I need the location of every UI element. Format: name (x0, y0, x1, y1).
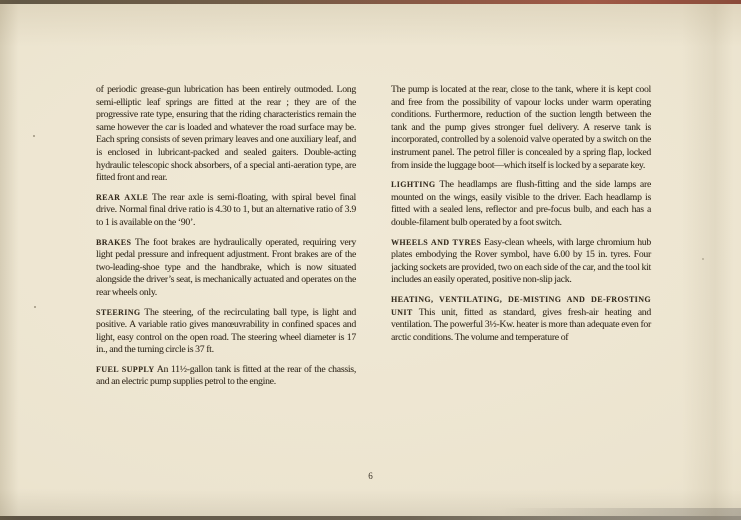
dust-speck (33, 135, 35, 137)
scanned-book-page: of periodic grease-gun lubrication has b… (0, 0, 741, 520)
paragraph-text: The foot brakes are hydraulically operat… (96, 237, 356, 298)
paragraph-fuel-supply: FUEL SUPPLY An 11½-gallon tank is fitted… (96, 364, 356, 389)
section-label-wheels-tyres: WHEELS AND TYRES (391, 238, 481, 247)
paragraph-rear-axle: REAR AXLE The rear axle is semi-floating… (96, 192, 356, 230)
paragraph-text: This unit, fitted as standard, gives fre… (391, 307, 651, 343)
paragraph-steering: STEERING The steering, of the recirculat… (96, 307, 356, 357)
scan-top-edge (0, 0, 741, 4)
paragraph-text: The pump is located at the rear, close t… (391, 84, 651, 171)
page-number: 6 (0, 471, 741, 481)
section-label-rear-axle: REAR AXLE (96, 193, 148, 202)
left-text-column: of periodic grease-gun lubrication has b… (96, 84, 356, 389)
section-label-brakes: BRAKES (96, 238, 131, 247)
paragraph-text: of periodic grease-gun lubrication has b… (96, 84, 356, 183)
paragraph-lighting: LIGHTING The headlamps are flush-fitting… (391, 179, 651, 229)
paragraph-heating-unit: HEATING, VENTILATING, DE-MISTING AND DE-… (391, 294, 651, 344)
scan-bottom-edge (0, 516, 741, 520)
right-text-column: The pump is located at the rear, close t… (391, 84, 651, 344)
paragraph-wheels-tyres: WHEELS AND TYRES Easy-clean wheels, with… (391, 237, 651, 287)
dust-speck (702, 258, 704, 260)
section-label-lighting: LIGHTING (391, 180, 436, 189)
dust-speck (34, 306, 36, 308)
section-label-steering: STEERING (96, 308, 141, 317)
paragraph-fuel-pump-continuation: The pump is located at the rear, close t… (391, 84, 651, 172)
paragraph-springs-continuation: of periodic grease-gun lubrication has b… (96, 84, 356, 185)
section-label-fuel-supply: FUEL SUPPLY (96, 365, 155, 374)
paragraph-brakes: BRAKES The foot brakes are hydraulically… (96, 237, 356, 300)
